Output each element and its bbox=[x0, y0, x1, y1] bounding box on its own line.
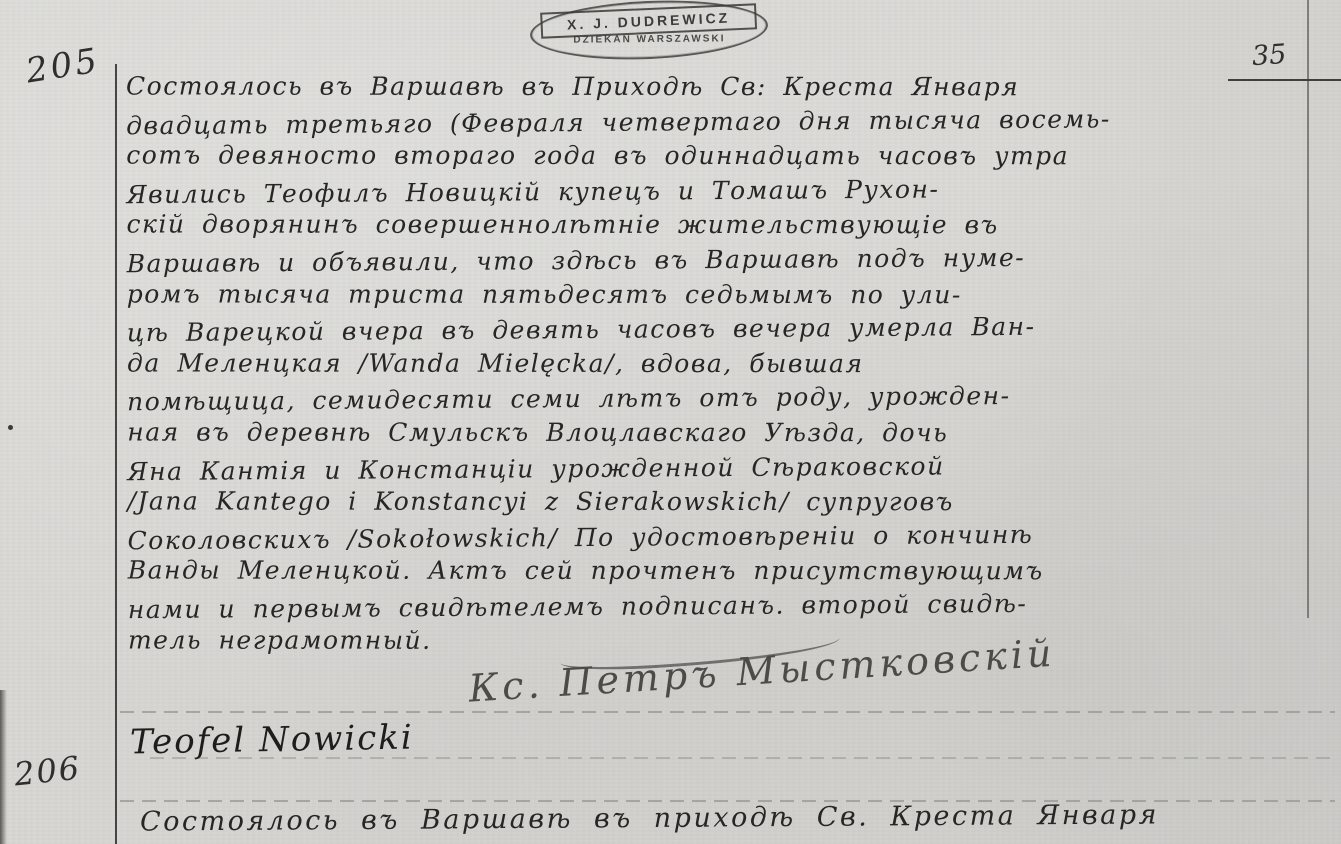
record-205-line-1: Состоялось въ Варшавѣ въ Приходѣ Св: Кре… bbox=[126, 71, 1326, 107]
dean-oval-stamp: X. J. DUDREWICZ DZIEKAN WARSZAWSKI bbox=[529, 0, 769, 64]
record-205-line-3: сотъ девяносто втораго года въ одиннадца… bbox=[126, 141, 1326, 177]
record-206-first-line: Состоялось въ Варшавѣ въ приходѣ Св. Кре… bbox=[140, 799, 1159, 837]
register-page-scan: X. J. DUDREWICZ DZIEKAN WARSZAWSKI 205 3… bbox=[0, 0, 1341, 844]
witness-signature: Teofel Nowicki bbox=[130, 718, 414, 763]
record-205-line-2: двадцать третьяго (Февраля четвертаго дн… bbox=[126, 102, 1326, 145]
record-205-line-15: Ванды Меленцкой. Актъ сей прочтенъ прису… bbox=[128, 556, 1328, 592]
record-205-line-6: Варшавѣ и объявили, что здѣсь въ Варшавѣ… bbox=[127, 241, 1327, 284]
ink-dot bbox=[8, 425, 13, 430]
record-205-line-16: нами и первымъ свидѣтелемъ подписанъ. вт… bbox=[128, 587, 1328, 630]
margin-rule-vertical-left bbox=[115, 64, 117, 844]
record-205-line-8: цѣ Варецкой вчера въ девять часовъ вечер… bbox=[127, 310, 1327, 353]
record-205-body: Состоялось въ Варшавѣ въ Приходѣ Св: Кре… bbox=[126, 70, 1328, 662]
signature-ruled-line-1 bbox=[120, 711, 1335, 713]
record-205-margin-number: 205 bbox=[23, 40, 102, 91]
record-206-margin-number: 206 bbox=[12, 749, 83, 794]
record-205-line-7: ромъ тысяча триста пятьдесятъ седьмымъ п… bbox=[127, 279, 1327, 315]
stamp-title-line: DZIEKAN WARSZAWSKI bbox=[530, 33, 768, 46]
page-number: 35 bbox=[1251, 39, 1287, 72]
record-205-line-12: Яна Кантія и Констанціи урожденной Сѣрак… bbox=[127, 448, 1327, 491]
page-edge-shadow bbox=[0, 690, 7, 844]
record-205-line-11: ная въ деревнѣ Смульскъ Влоцлавскаго Уѣз… bbox=[127, 417, 1327, 453]
record-205-line-9: да Меленцкая /Wanda Mielęcka/, вдова, бы… bbox=[127, 348, 1327, 384]
record-205-line-5: скій дворянинъ совершеннолѣтніе жительст… bbox=[127, 210, 1327, 246]
record-205-line-13: /Jana Kantego i Konstancyi z Sierakowski… bbox=[127, 487, 1327, 523]
record-205-line-4: Явились Теофилъ Новицкій купецъ и Томашъ… bbox=[126, 172, 1326, 215]
record-205-line-14: Соколовскихъ /Sokołowskich/ По удостовѣр… bbox=[127, 518, 1327, 561]
record-205-line-10: помѣщица, семидесяти семи лѣтъ отъ роду,… bbox=[127, 379, 1327, 422]
